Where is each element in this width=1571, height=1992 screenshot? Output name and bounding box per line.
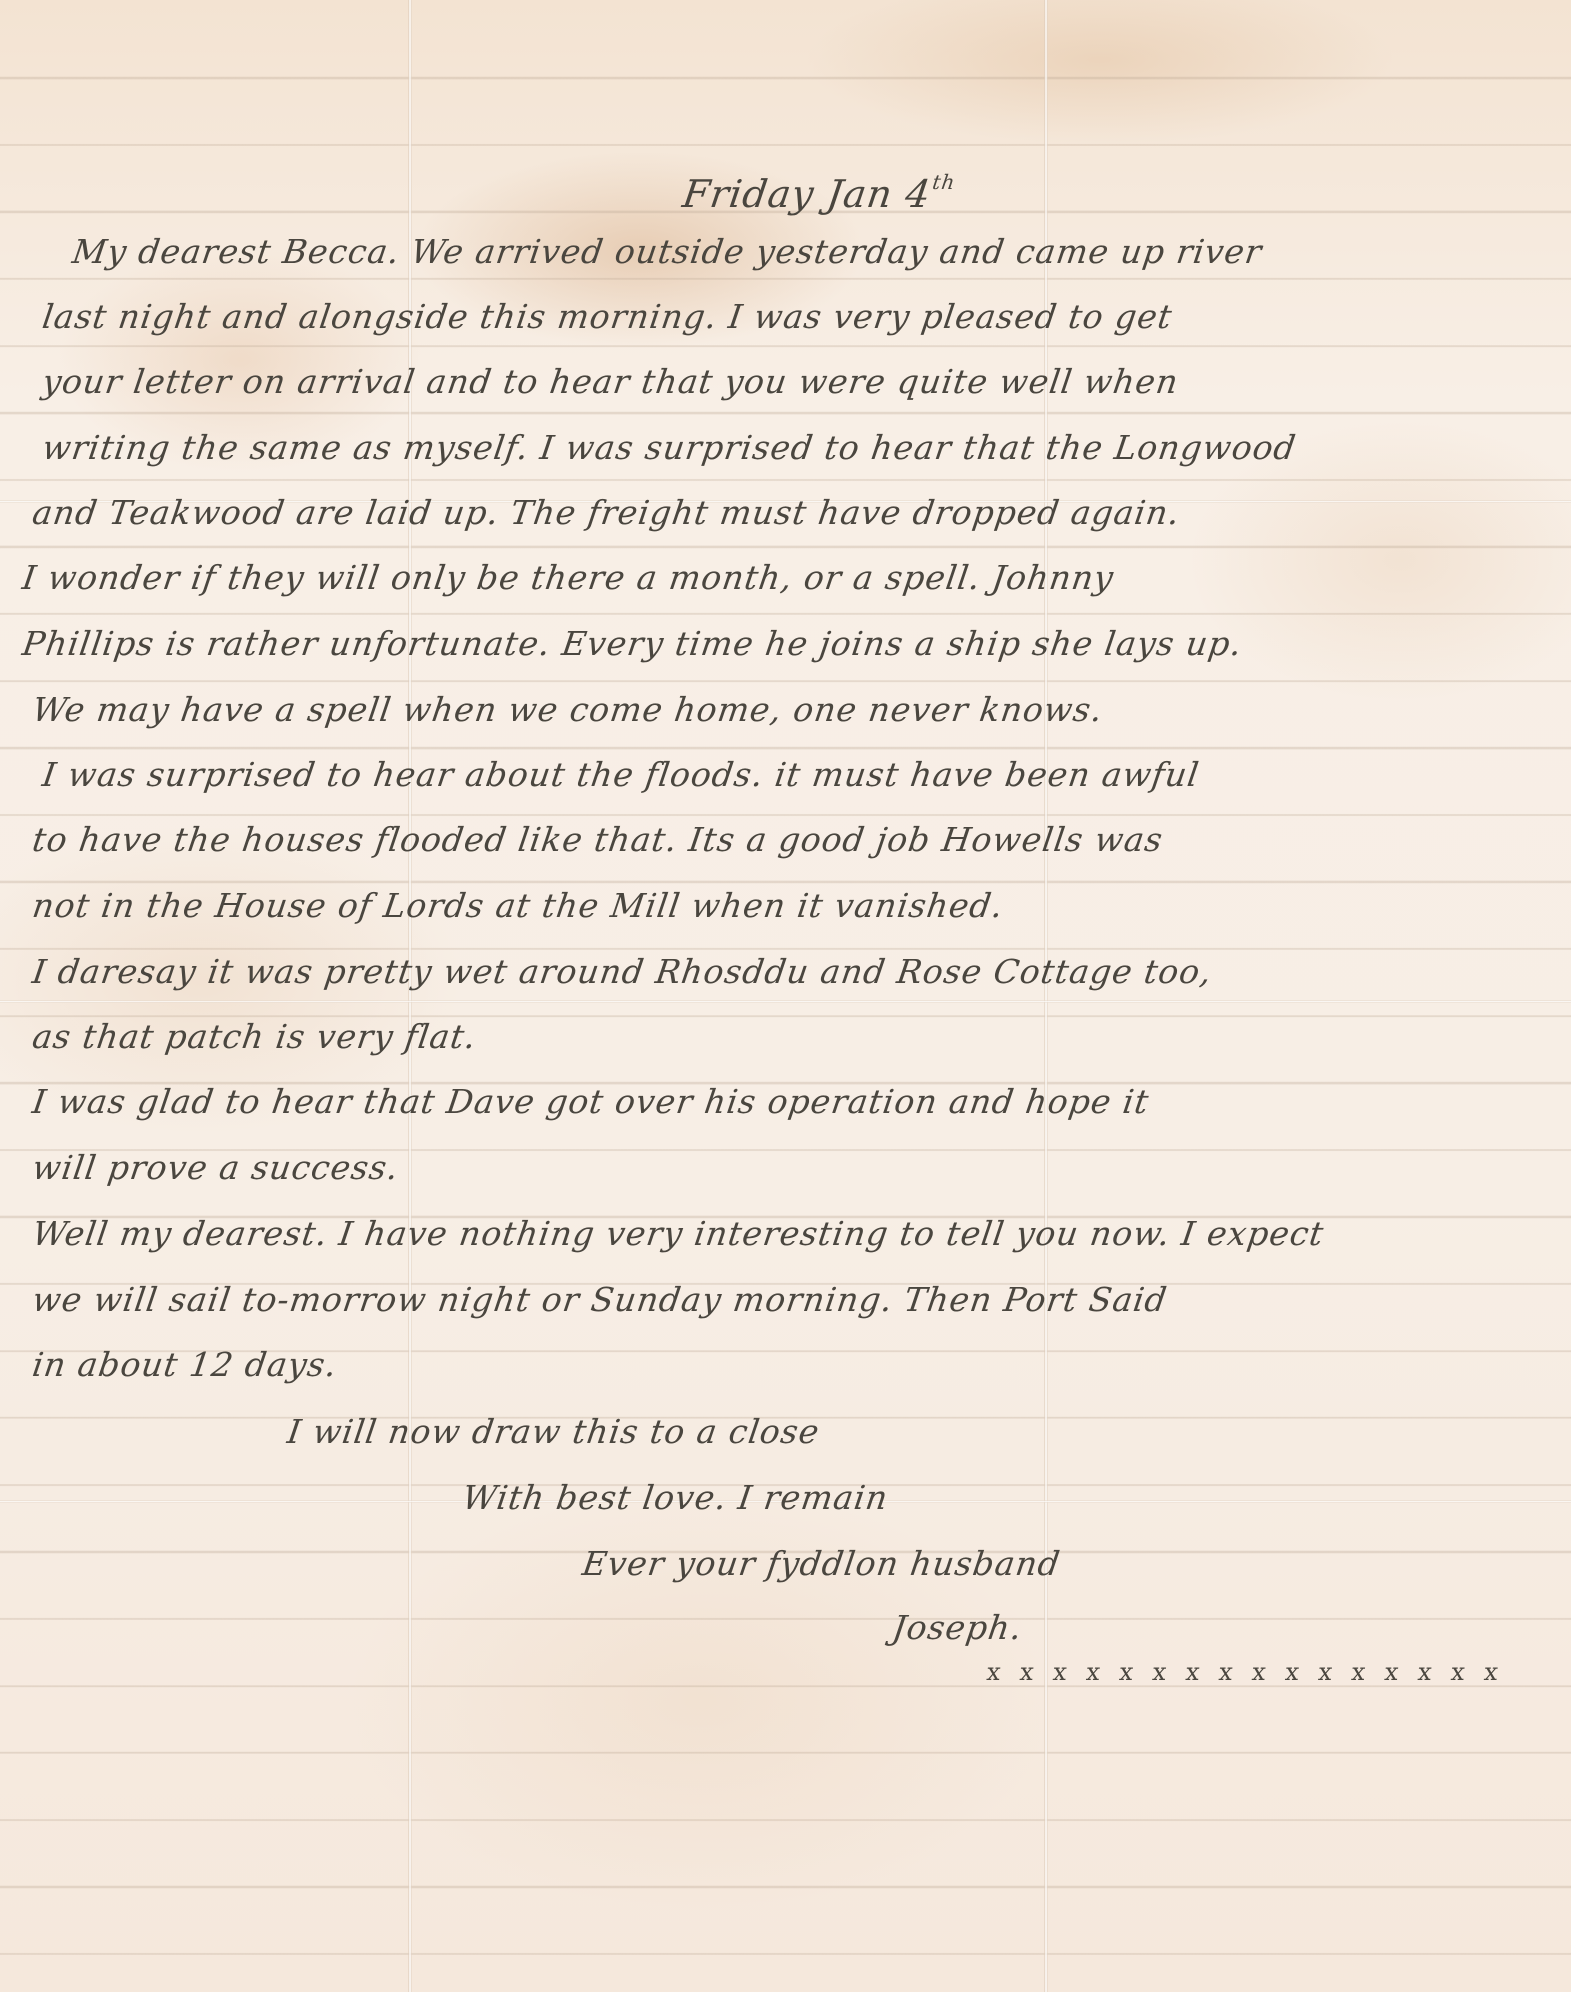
- closing-line: With best love. I remain: [460, 1478, 891, 1517]
- body-line: I was glad to hear that Dave got over hi…: [30, 1082, 1152, 1121]
- body-line: and Teakwood are laid up. The freight mu…: [30, 493, 1183, 532]
- letter-date: Friday Jan 4th: [680, 170, 957, 216]
- date-suffix: th: [931, 170, 957, 194]
- letter-page: Friday Jan 4th My dearest Becca. We arri…: [0, 0, 1571, 1992]
- body-line: as that patch is very flat.: [30, 1017, 479, 1056]
- body-line: I wonder if they will only be there a mo…: [20, 558, 1116, 597]
- body-line: I daresay it was pretty wet around Rhosd…: [30, 952, 1215, 991]
- body-line: your letter on arrival and to hear that …: [40, 362, 1181, 401]
- body-line: Phillips is rather unfortunate. Every ti…: [20, 624, 1245, 663]
- kisses: x x x x x x x x x x x x x x x x: [985, 1658, 1506, 1686]
- closing-line: Ever your fyddlon husband: [580, 1544, 1063, 1583]
- body-line: I was surprised to hear about the floods…: [40, 755, 1202, 794]
- signature: Joseph.: [890, 1608, 1025, 1647]
- body-line: we will sail to-morrow night or Sunday m…: [30, 1280, 1170, 1319]
- body-line: in about 12 days.: [30, 1345, 340, 1384]
- body-line: last night and alongside this morning. I…: [40, 297, 1175, 336]
- body-line: not in the House of Lords at the Mill wh…: [30, 886, 1006, 925]
- body-line: writing the same as myself. I was surpri…: [40, 428, 1299, 467]
- body-line: We may have a spell when we come home, o…: [30, 690, 1106, 729]
- body-line: My dearest Becca. We arrived outside yes…: [70, 232, 1265, 271]
- horizontal-fold-crease: [0, 1000, 1571, 1003]
- date-text: Friday Jan 4: [680, 172, 934, 216]
- body-line: will prove a success.: [30, 1148, 402, 1187]
- body-line: Well my dearest. I have nothing very int…: [30, 1214, 1327, 1253]
- body-line: to have the houses flooded like that. It…: [30, 820, 1166, 859]
- closing-line: I will now draw this to a close: [285, 1412, 822, 1451]
